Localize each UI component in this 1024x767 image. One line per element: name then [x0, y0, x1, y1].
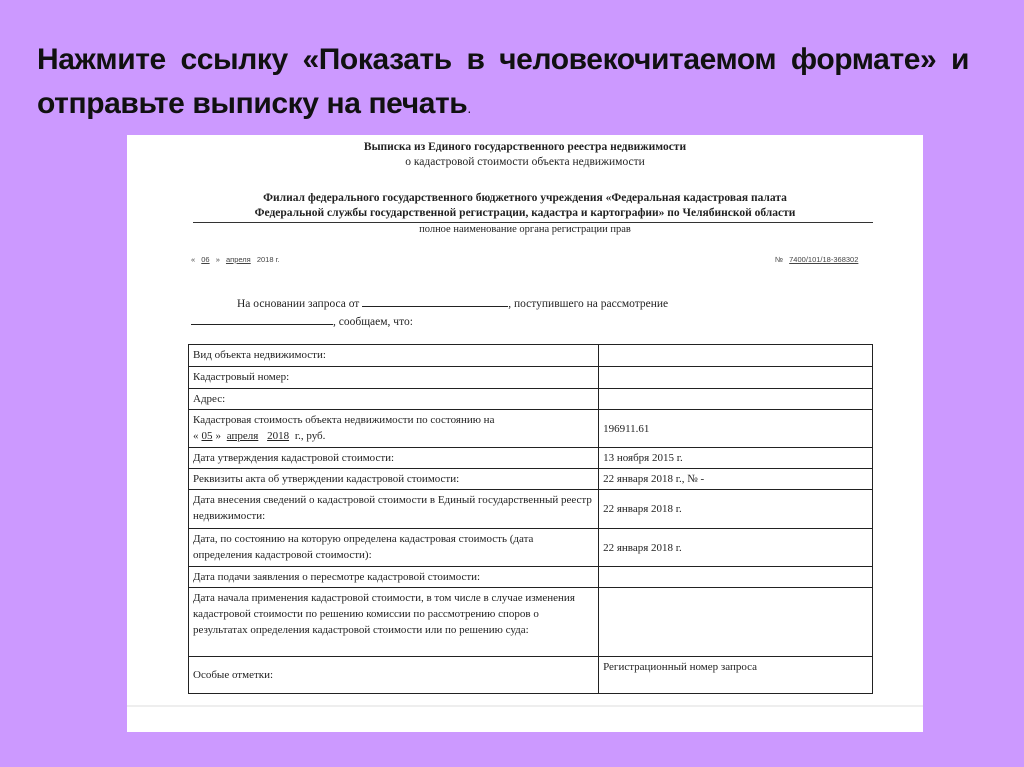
row-label: Адрес:: [189, 389, 599, 410]
table-row: Дата начала применения кадастровой стоим…: [189, 588, 873, 657]
slide-title-period: .: [467, 100, 471, 116]
table-row: Дата внесения сведений о кадастровой сто…: [189, 490, 873, 529]
extract-document: Выписка из Единого государственного реес…: [127, 135, 923, 732]
row-label: Дата утверждения кадастровой стоимости:: [189, 448, 599, 469]
org-name-caption: полное наименование органа регистрации п…: [127, 224, 923, 235]
cost-date-day: 05: [199, 430, 216, 442]
cadastral-number-underline-1: [599, 388, 704, 390]
document-heading-line1: Выписка из Единого государственного реес…: [127, 141, 923, 153]
row-label: Реквизиты акта об утверждении кадастрово…: [189, 469, 599, 490]
cost-date-month: апреля: [224, 430, 262, 442]
slide-title: Нажмите ссылку «Показать в человекочитае…: [37, 38, 969, 130]
table-row: Дата утверждения кадастровой стоимости: …: [189, 448, 873, 469]
row-value: 13 ноября 2015 г.: [599, 448, 873, 469]
row-label: Дата внесения сведений о кадастровой сто…: [189, 490, 599, 529]
date-day: 06: [197, 255, 213, 264]
table-row: Особые отметки: Регистрационный номер за…: [189, 657, 873, 694]
cost-label-suffix: г., руб.: [295, 430, 326, 442]
table-row: Вид объекта недвижимости:: [189, 345, 873, 367]
row-label: Особые отметки:: [189, 657, 599, 694]
row-label: Дата начала применения кадастровой стоим…: [189, 588, 599, 657]
table-row: Кадастровая стоимость объекта недвижимос…: [189, 410, 873, 448]
cost-label: Кадастровая стоимость объекта недвижимос…: [193, 414, 494, 426]
slide-title-text: Нажмите ссылку «Показать в человекочитае…: [37, 43, 969, 120]
org-name-line1: Филиал федерального государственного бюд…: [127, 192, 923, 204]
table-row: Дата подачи заявления о пересмотре кадас…: [189, 567, 873, 588]
date-open-quote: «: [191, 255, 195, 264]
document-date: « 06 » апреля 2018 г.: [191, 255, 280, 264]
row-value: 22 января 2018 г., № -: [599, 469, 873, 490]
row-value: 22 января 2018 г.: [599, 529, 873, 567]
org-name-line2: Федеральной службы государственной регис…: [127, 207, 923, 219]
table-row: Кадастровый номер:: [189, 367, 873, 389]
row-label: Кадастровый номер:: [189, 367, 599, 389]
request-received-blank: [191, 314, 333, 325]
row-value: 22 января 2018 г.: [599, 490, 873, 529]
table-row: Дата, по состоянию на которую определена…: [189, 529, 873, 567]
document-heading-line2: о кадастровой стоимости объекта недвижим…: [127, 156, 923, 168]
row-value: [599, 389, 873, 410]
table-row: Реквизиты акта об утверждении кадастрово…: [189, 469, 873, 490]
row-value: [599, 367, 873, 389]
cadastral-info-table: Вид объекта недвижимости: Кадастровый но…: [188, 344, 873, 694]
cost-date-year: 2018: [264, 430, 292, 442]
request-text-3: , сообщаем, что:: [333, 316, 413, 328]
request-text-1: На основании запроса от: [237, 298, 359, 310]
row-label: Вид объекта недвижимости:: [189, 345, 599, 367]
number-label: №: [775, 255, 783, 264]
row-label: Кадастровая стоимость объекта недвижимос…: [189, 410, 599, 448]
document-bottom-divider: [127, 705, 923, 707]
row-value: [599, 345, 873, 367]
row-label: Дата подачи заявления о пересмотре кадас…: [189, 567, 599, 588]
date-close-quote: »: [216, 255, 220, 264]
request-line2: , сообщаем, что:: [191, 314, 413, 328]
request-line1: На основании запроса от , поступившего н…: [237, 296, 668, 310]
date-month: апреля: [222, 255, 255, 264]
date-year: 2018 г.: [257, 255, 280, 264]
row-value: Регистрационный номер запроса: [599, 657, 873, 694]
table-row: Адрес:: [189, 389, 873, 410]
request-text-2: , поступившего на рассмотрение: [508, 298, 668, 310]
row-value: 196911.61: [599, 410, 873, 448]
number-value: 7400/101/18-368302: [785, 255, 860, 264]
cadastral-number-underline-2: [721, 388, 872, 390]
row-value: [599, 567, 873, 588]
row-value: [599, 588, 873, 657]
document-number: № 7400/101/18-368302: [775, 255, 860, 264]
row-label: Дата, по состоянию на которую определена…: [189, 529, 599, 567]
request-date-blank: [362, 296, 508, 307]
org-name-underline: [193, 222, 873, 223]
